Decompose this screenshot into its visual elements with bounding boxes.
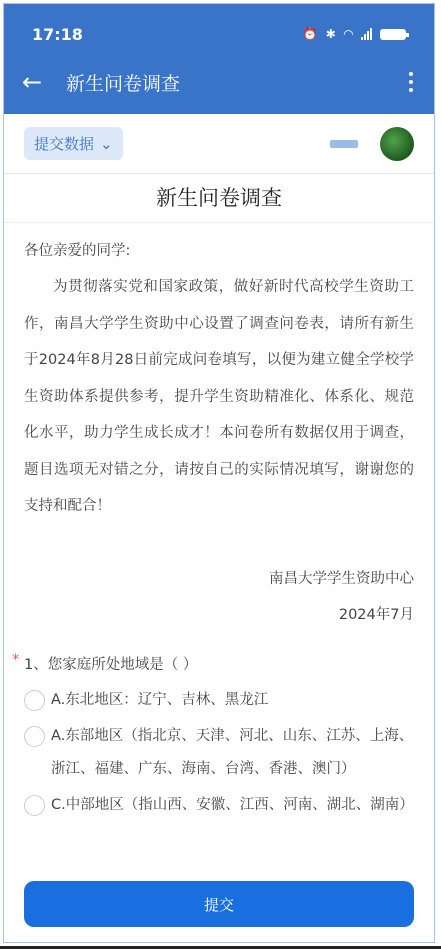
option-a-east[interactable]: A.东部地区（指北京、天津、河北、山东、江苏、上海、浙江、福建、广东、海南、台湾… bbox=[24, 720, 414, 786]
radio-button[interactable] bbox=[24, 690, 45, 711]
signal-icon bbox=[361, 28, 372, 40]
wifi-icon: ◠ bbox=[344, 27, 353, 41]
status-time: 17:18 bbox=[32, 25, 83, 44]
toolbar-small-icon[interactable] bbox=[330, 140, 358, 148]
bluetooth-icon: ✱ bbox=[326, 27, 336, 41]
option-a-northeast[interactable]: A.东北地区：辽宁、吉林、黑龙江 bbox=[24, 684, 414, 717]
avatar[interactable] bbox=[380, 127, 414, 161]
page-title: 新生问卷调查 bbox=[66, 69, 406, 96]
signature-date: 2024年7月 bbox=[24, 597, 414, 633]
chevron-down-icon: ⌄ bbox=[100, 135, 113, 153]
app-bar: 17:18 ⏰ ✱ ◠ ← 新生问卷调查 bbox=[4, 4, 434, 114]
battery-icon bbox=[380, 29, 406, 40]
question-title: 1、您家庭所处地域是（ ） bbox=[24, 657, 197, 673]
option-c-central[interactable]: C.中部地区（指山西、安徽、江西、河南、湖北、湖南） bbox=[24, 789, 414, 822]
app-frame: 17:18 ⏰ ✱ ◠ ← 新生问卷调查 提交数据 ⌄ 新生问卷调查 各位亲爱的… bbox=[3, 3, 435, 943]
form-content: 各位亲爱的同学: 为贯彻落实党和国家政策，做好新时代高校学生资助工作，南昌大学学… bbox=[4, 223, 434, 822]
signature: 南昌大学学生资助中心 bbox=[24, 561, 414, 597]
alarm-icon: ⏰ bbox=[303, 27, 318, 41]
radio-button[interactable] bbox=[24, 726, 45, 747]
more-menu-icon[interactable] bbox=[406, 72, 416, 92]
required-mark: * bbox=[12, 652, 19, 668]
submit-button[interactable]: 提交 bbox=[24, 881, 414, 927]
back-arrow-icon[interactable]: ← bbox=[22, 68, 52, 96]
bottom-divider bbox=[0, 946, 441, 949]
question-1: * 1、您家庭所处地域是（ ） A.东北地区：辽宁、吉林、黑龙江 A.东部地区（… bbox=[24, 653, 414, 822]
options-list: A.东北地区：辽宁、吉林、黑龙江 A.东部地区（指北京、天津、河北、山东、江苏、… bbox=[24, 684, 414, 822]
intro-paragraph: 为贯彻落实党和国家政策，做好新时代高校学生资助工作，南昌大学学生资助中心设置了调… bbox=[24, 269, 414, 525]
radio-button[interactable] bbox=[24, 795, 45, 816]
status-bar: 17:18 ⏰ ✱ ◠ bbox=[32, 22, 406, 46]
submit-data-dropdown[interactable]: 提交数据 ⌄ bbox=[24, 127, 123, 160]
action-bar: 提交数据 ⌄ bbox=[4, 114, 434, 174]
form-title: 新生问卷调查 bbox=[4, 174, 434, 223]
greeting: 各位亲爱的同学: bbox=[24, 239, 414, 263]
